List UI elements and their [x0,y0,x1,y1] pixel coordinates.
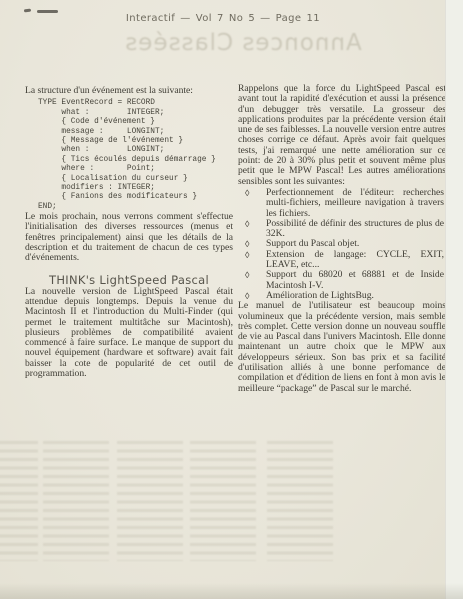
intro-sentence: La structure d'un événement est la suiva… [25,86,233,96]
scan-artifact-mark [24,9,31,13]
diamond-bullet-icon: ◊ [238,219,266,240]
list-item: ◊ Perfectionnement de l'éditeur: recherc… [238,188,446,219]
scanned-newsletter-page: Interactif — Vol 7 No 5 — Page 11 Annonc… [0,0,463,599]
right-column: Rappelons que la force du LightSpeed Pas… [238,84,446,394]
diamond-bullet-icon: ◊ [238,250,266,271]
running-header: Interactif — Vol 7 No 5 — Page 11 [0,13,446,24]
pascal-code-block: TYPE EventRecord = RECORD what : INTEGER… [38,99,233,212]
improvements-list: ◊ Perfectionnement de l'éditeur: recherc… [238,188,446,301]
page-edge-bottom [0,583,463,599]
section-heading-lightspeed-pascal: THINK's LightSpeed Pascal [25,274,233,287]
list-item-text: Extension de langage: CYCLE, EXIT, LEAVE… [266,250,446,271]
left-column: La structure d'un événement est la suiva… [25,86,233,379]
list-item-text: Perfectionnement de l'éditeur: recherche… [266,188,446,219]
page-edge-right [445,0,463,599]
list-item-text: Support du 68020 et 68881 et de Inside M… [266,270,446,291]
list-item: ◊ Support du 68020 et 68881 et de Inside… [238,270,446,291]
bleedthrough-title: Annonces Classées [88,30,398,56]
list-item: ◊ Possibilité de définir des structures … [238,219,446,240]
bleedthrough-text-column [0,441,38,561]
diamond-bullet-icon: ◊ [238,239,266,249]
paragraph-lightspeed-history: La nouvelle version de LightSpeed Pascal… [25,287,233,380]
list-item: ◊ Extension de langage: CYCLE, EXIT, LEA… [238,250,446,271]
paragraph-user-manual: Le manuel de l'utilisateur est beaucoup … [238,301,446,394]
list-item-text: Possibilité de définir des structures de… [266,219,446,240]
paragraph-lightspeed-strengths: Rappelons que la force du LightSpeed Pas… [238,84,446,187]
bleedthrough-text-column [117,441,183,561]
bleedthrough-text-column [190,441,256,561]
diamond-bullet-icon: ◊ [238,188,266,219]
bleedthrough-text-column [43,441,109,561]
paragraph-next-month: Le mois prochain, nous verrons comment s… [25,212,233,263]
diamond-bullet-icon: ◊ [238,270,266,291]
bleedthrough-text-column [267,441,333,561]
